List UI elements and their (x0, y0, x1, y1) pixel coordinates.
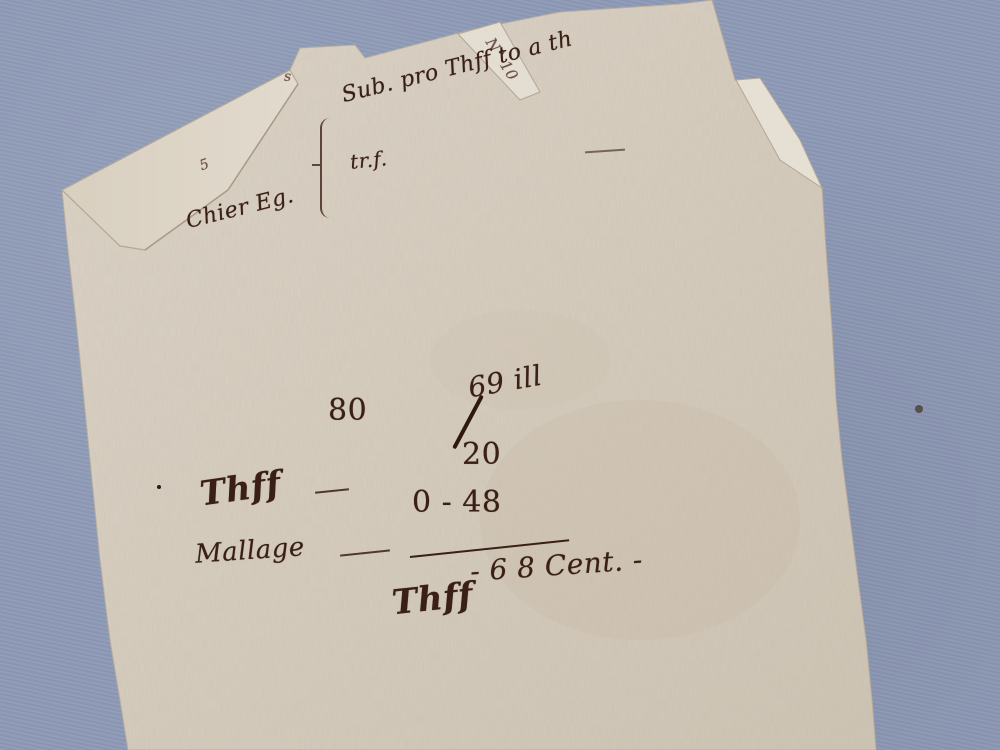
photo-scene: N° 10 Sub. pro Thff to a th tr.f. s 5 Ch… (0, 0, 1000, 750)
total-label: Thff (390, 578, 474, 620)
row-value-thff: 0 - 48 (412, 488, 501, 518)
row-label-thff: Thff (198, 467, 283, 512)
ink-dot (157, 485, 161, 489)
bracket-mark (320, 118, 336, 218)
bracket-tip (312, 164, 320, 166)
row-label-mallage: Mallage (194, 534, 305, 568)
account-top-left-value: 80 (328, 396, 367, 426)
header-line-2: tr.f. (349, 148, 388, 172)
account-second-value: 20 (462, 440, 501, 470)
fold-mark: s (284, 70, 292, 84)
